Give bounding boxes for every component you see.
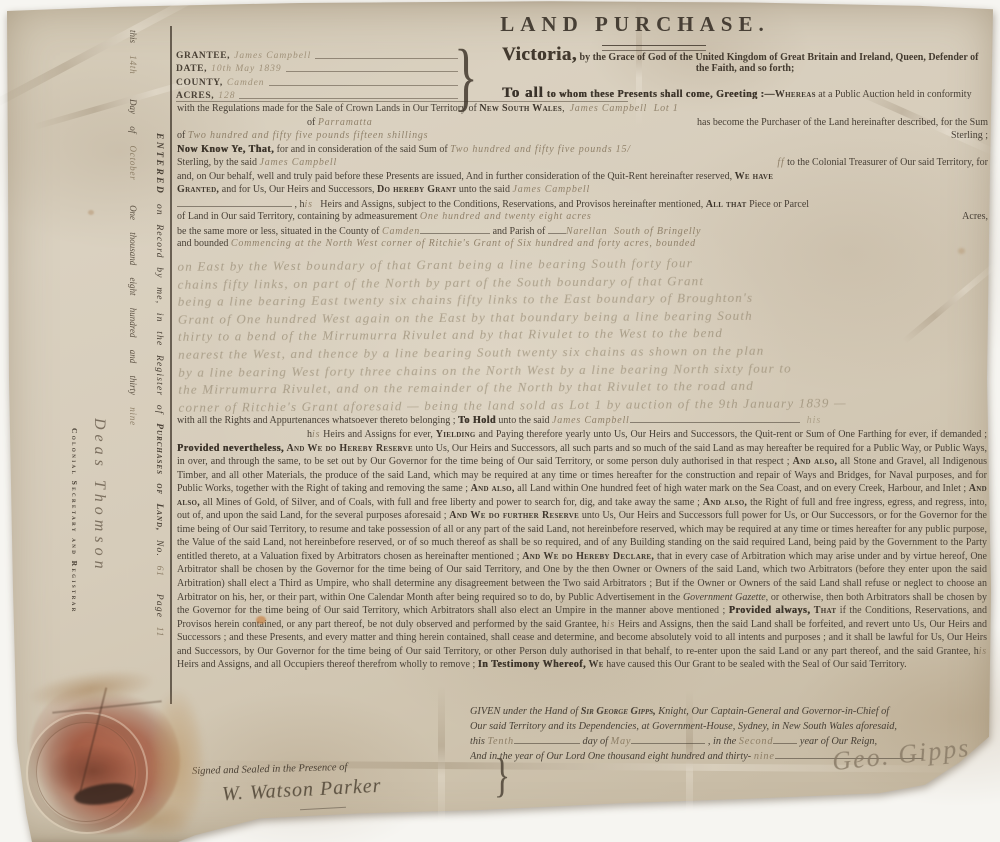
text-run: on Record by me, in the Register of [154, 195, 164, 423]
foxing-spot [88, 210, 94, 215]
acres-value-handwritten: 128 [218, 91, 235, 101]
margin-entry-date-line: this 14th Day of October One thousand ei… [128, 30, 138, 690]
text-run: And We do Hereby Reserve [286, 443, 413, 454]
text-run: In Testimony Whereof, [478, 659, 586, 670]
victoria-blackletter: Victoria, [502, 44, 577, 65]
blank-rule [239, 98, 458, 99]
text-run: to the Colonial Treasurer of Our said Te… [785, 157, 988, 168]
text-run: ENTERED [154, 133, 164, 195]
text-run: New South Wales [479, 103, 562, 114]
blank-rule [286, 71, 458, 72]
text-run: with the Regulations made for the Sale o… [177, 103, 479, 114]
text-run: Piece or Parcel [747, 199, 809, 210]
text-run [548, 225, 566, 234]
handwritten-run: James Campbell [552, 415, 630, 426]
text-run: all Land within One hundred feet of high… [515, 483, 969, 494]
text-run: Acres, [962, 211, 988, 222]
text-run: with all the Rights and Appurtenances wh… [177, 415, 458, 426]
text-run: of [307, 117, 318, 128]
text-run: And also, [471, 483, 515, 494]
print-line: Granted, and for Us, Our Heirs and Succe… [177, 184, 988, 198]
text-run: and Paying therefore yearly unto Us, Our… [476, 429, 987, 440]
text-run: be the same more or less, situated in th… [177, 226, 382, 237]
text-run: Whereas [775, 89, 816, 99]
document-title: LAND PURCHASE. [340, 12, 930, 37]
text-run: One thousand eight hundred and thirty [128, 181, 138, 408]
text-run: this [470, 736, 487, 747]
text-run [631, 735, 705, 744]
handwritten-run: is [607, 619, 615, 630]
print-line: of Land in Our said Territory, containin… [177, 211, 988, 225]
text-run: Heirs and Assigns, and all Occupiers the… [177, 659, 478, 670]
handwritten-run: Tenth [487, 736, 514, 747]
text-run: , [562, 103, 570, 114]
royal-heading-text: by the Grace of God of the United Kingdo… [577, 52, 978, 63]
text-run: Day of [128, 74, 138, 145]
grantee-field-row: ACRES, 128 [176, 88, 458, 102]
handwritten-run: his [800, 415, 822, 426]
text-run: day of [580, 736, 611, 747]
county-value-handwritten: Camden [227, 78, 265, 88]
text-run: has become the Purchaser of the Land her… [697, 117, 988, 128]
text-run: Sterling ; [951, 130, 988, 141]
text-run: That [814, 605, 837, 616]
text-run: to whom these Presents shall come, Greet… [544, 89, 775, 99]
text-run: And in the year of Our Lord One thousand… [470, 751, 754, 762]
opening-paragraph: with the Regulations made for the Sale o… [177, 103, 988, 252]
text-run: , in the [705, 736, 738, 747]
text-run [514, 735, 580, 744]
foxing-spot [256, 616, 266, 624]
text-run: All that [706, 199, 747, 210]
to-hold-line: with all the Rights and Appurtenances wh… [177, 414, 988, 428]
handwritten-run: James Campbell [260, 157, 338, 168]
grantee-field-row: COUNTY, Camden [176, 74, 458, 88]
text-run: of Land in Our said Territory, containin… [177, 211, 420, 222]
grantee-summary-box: GRANTEE, James Campbell DATE, 10th May 1… [176, 47, 458, 101]
text-run: and for Us, Our Heirs and Successors, [219, 184, 377, 195]
date-value-handwritten: 10th May 1839 [211, 64, 282, 74]
handwritten-run: Second [739, 736, 774, 747]
text-run: Our said Territory and its Dependencies,… [470, 721, 897, 732]
text-run: We have [735, 171, 774, 182]
handwritten-run: 61 [154, 566, 164, 577]
text-run: No. [154, 531, 164, 565]
text-run: and bounded [177, 238, 231, 249]
margin-entered-line: ENTERED on Record by me, in the Register… [154, 133, 164, 645]
given-line: GIVEN under the Hand of Sir George Gipps… [470, 706, 988, 721]
handwritten-run: is [312, 429, 320, 440]
text-run: Granted, [177, 184, 219, 195]
text-run: Provided nevertheless, [177, 443, 284, 454]
print-line: Sterling, by the said James Campbellff t… [177, 157, 988, 171]
text-run: of [177, 130, 188, 141]
handwritten-run: October [128, 145, 138, 180]
print-line: with the Regulations made for the Sale o… [177, 103, 988, 117]
handwritten-run: nine [128, 407, 138, 426]
acres-label: ACRES, [176, 91, 214, 101]
text-run: Knight, Our Captain-General and Governor… [656, 706, 889, 717]
text-run: all Mines of Gold, of Silver, and of Coa… [200, 497, 703, 508]
text-run: Heirs and Assigns, subject to the Condit… [313, 199, 706, 210]
handwritten-run: Two hundred and fifty five pounds fiftee… [188, 130, 429, 141]
text-run: And We do further Reserve [449, 510, 579, 521]
handwritten-run: is [979, 646, 987, 657]
text-run: for and in consideration of the said Sum… [274, 144, 450, 155]
blank-rule [315, 58, 458, 59]
handwritten-run: James Campbell [512, 184, 590, 195]
handwritten-run: 11 [154, 627, 164, 637]
text-run: unto the said [496, 415, 552, 426]
registrar-title: Colonial Secretary and Registrar [70, 428, 79, 710]
print-line: of Parramattahas become the Purchaser of… [177, 117, 988, 131]
text-run: unto the said [456, 184, 512, 195]
text-run: Sir George Gipps, [581, 706, 656, 717]
reservations-paragraph: his Heirs and Assigns for ever, Yielding… [177, 428, 987, 672]
handwritten-run: Narellan South of Bringelly [566, 226, 701, 237]
text-run: And We do Hereby Declare, [522, 551, 654, 562]
grantee-label: GRANTEE, [176, 51, 230, 61]
text-run: at a Public Auction held in conformity [816, 89, 972, 99]
blank-rule [269, 85, 458, 86]
handwritten-run: ff [777, 157, 784, 168]
text-run: Now Know Ye, That, [177, 144, 274, 155]
text-run: And also, [703, 497, 747, 508]
print-line: and bounded Commencing at the North West… [177, 238, 988, 252]
handwritten-run: Parramatta [318, 117, 373, 128]
print-line: Now Know Ye, That, for and in considerat… [177, 144, 988, 158]
handwritten-run: nine [754, 751, 775, 762]
text-run: To Hold [458, 415, 496, 426]
grantee-field-row: GRANTEE, James Campbell [176, 47, 458, 61]
to-all-line: To all to whom these Presents shall come… [502, 85, 988, 99]
grantee-field-row: DATE, 10th May 1839 [176, 61, 458, 75]
text-run [177, 198, 292, 207]
wax-seal [22, 676, 190, 842]
scanned-land-purchase-document: { "document": { "title": "LAND PURCHASE.… [0, 0, 1000, 842]
text-run: Do hereby Grant [377, 184, 456, 195]
text-run: this [128, 30, 138, 55]
grantee-value-handwritten: James Campbell [234, 51, 311, 61]
handwritten-run: is [305, 199, 313, 210]
print-line: and, on Our behalf, well and truly paid … [177, 171, 988, 185]
text-run: GIVEN under the Hand of [470, 706, 581, 717]
print-line: , his Heirs and Assigns, subject to the … [177, 198, 988, 212]
text-run: And also, [793, 456, 838, 467]
text-run [630, 414, 800, 423]
county-label: COUNTY, [176, 78, 223, 88]
text-run: Page [154, 577, 164, 627]
margin-rule [170, 26, 172, 704]
handwritten-run: May [611, 736, 632, 747]
handwritten-run: Camden [382, 226, 420, 237]
text-run: Sterling, by the said [177, 157, 260, 168]
text-run: , h [292, 199, 305, 210]
date-label: DATE, [176, 64, 207, 74]
text-run [773, 735, 797, 744]
text-run: We [588, 659, 603, 670]
text-run [420, 225, 490, 234]
text-run: and, on Our behalf, well and truly paid … [177, 171, 735, 182]
handwritten-run: Commencing at the North West corner of R… [231, 238, 696, 249]
royal-heading-line2: the Faith, and so forth; [560, 63, 930, 74]
given-line: Our said Territory and its Dependencies,… [470, 721, 988, 736]
print-line: be the same more or less, situated in th… [177, 225, 988, 239]
foxing-spot [958, 248, 965, 254]
print-line: of Two hundred and fifty five pounds fif… [177, 130, 988, 144]
handwritten-land-description: on East by the West boundary of that Gra… [177, 253, 984, 417]
text-run: Heirs and Assigns for ever, [320, 429, 435, 440]
text-run: Purchases of Land, [154, 423, 164, 531]
handwritten-run: Two hundred and fifty five pounds 15/ [450, 144, 631, 155]
text-run: Yielding [436, 429, 476, 440]
text-run: To all [502, 85, 544, 99]
curly-brace: } [494, 748, 510, 803]
handwritten-run: One hundred and twenty eight acres [420, 211, 592, 222]
text-run: Provided always, [729, 605, 811, 616]
registrar-signature: Deas Thomson [90, 418, 108, 680]
handwritten-run: James Campbell Lot 1 [570, 103, 679, 114]
form-rule [176, 101, 628, 102]
text-run: Government Gazette, [683, 592, 768, 603]
text-run: and Parish of [490, 226, 548, 237]
text-run: have caused this Our Grant to be sealed … [604, 659, 907, 670]
handwritten-run: 14th [128, 55, 138, 74]
